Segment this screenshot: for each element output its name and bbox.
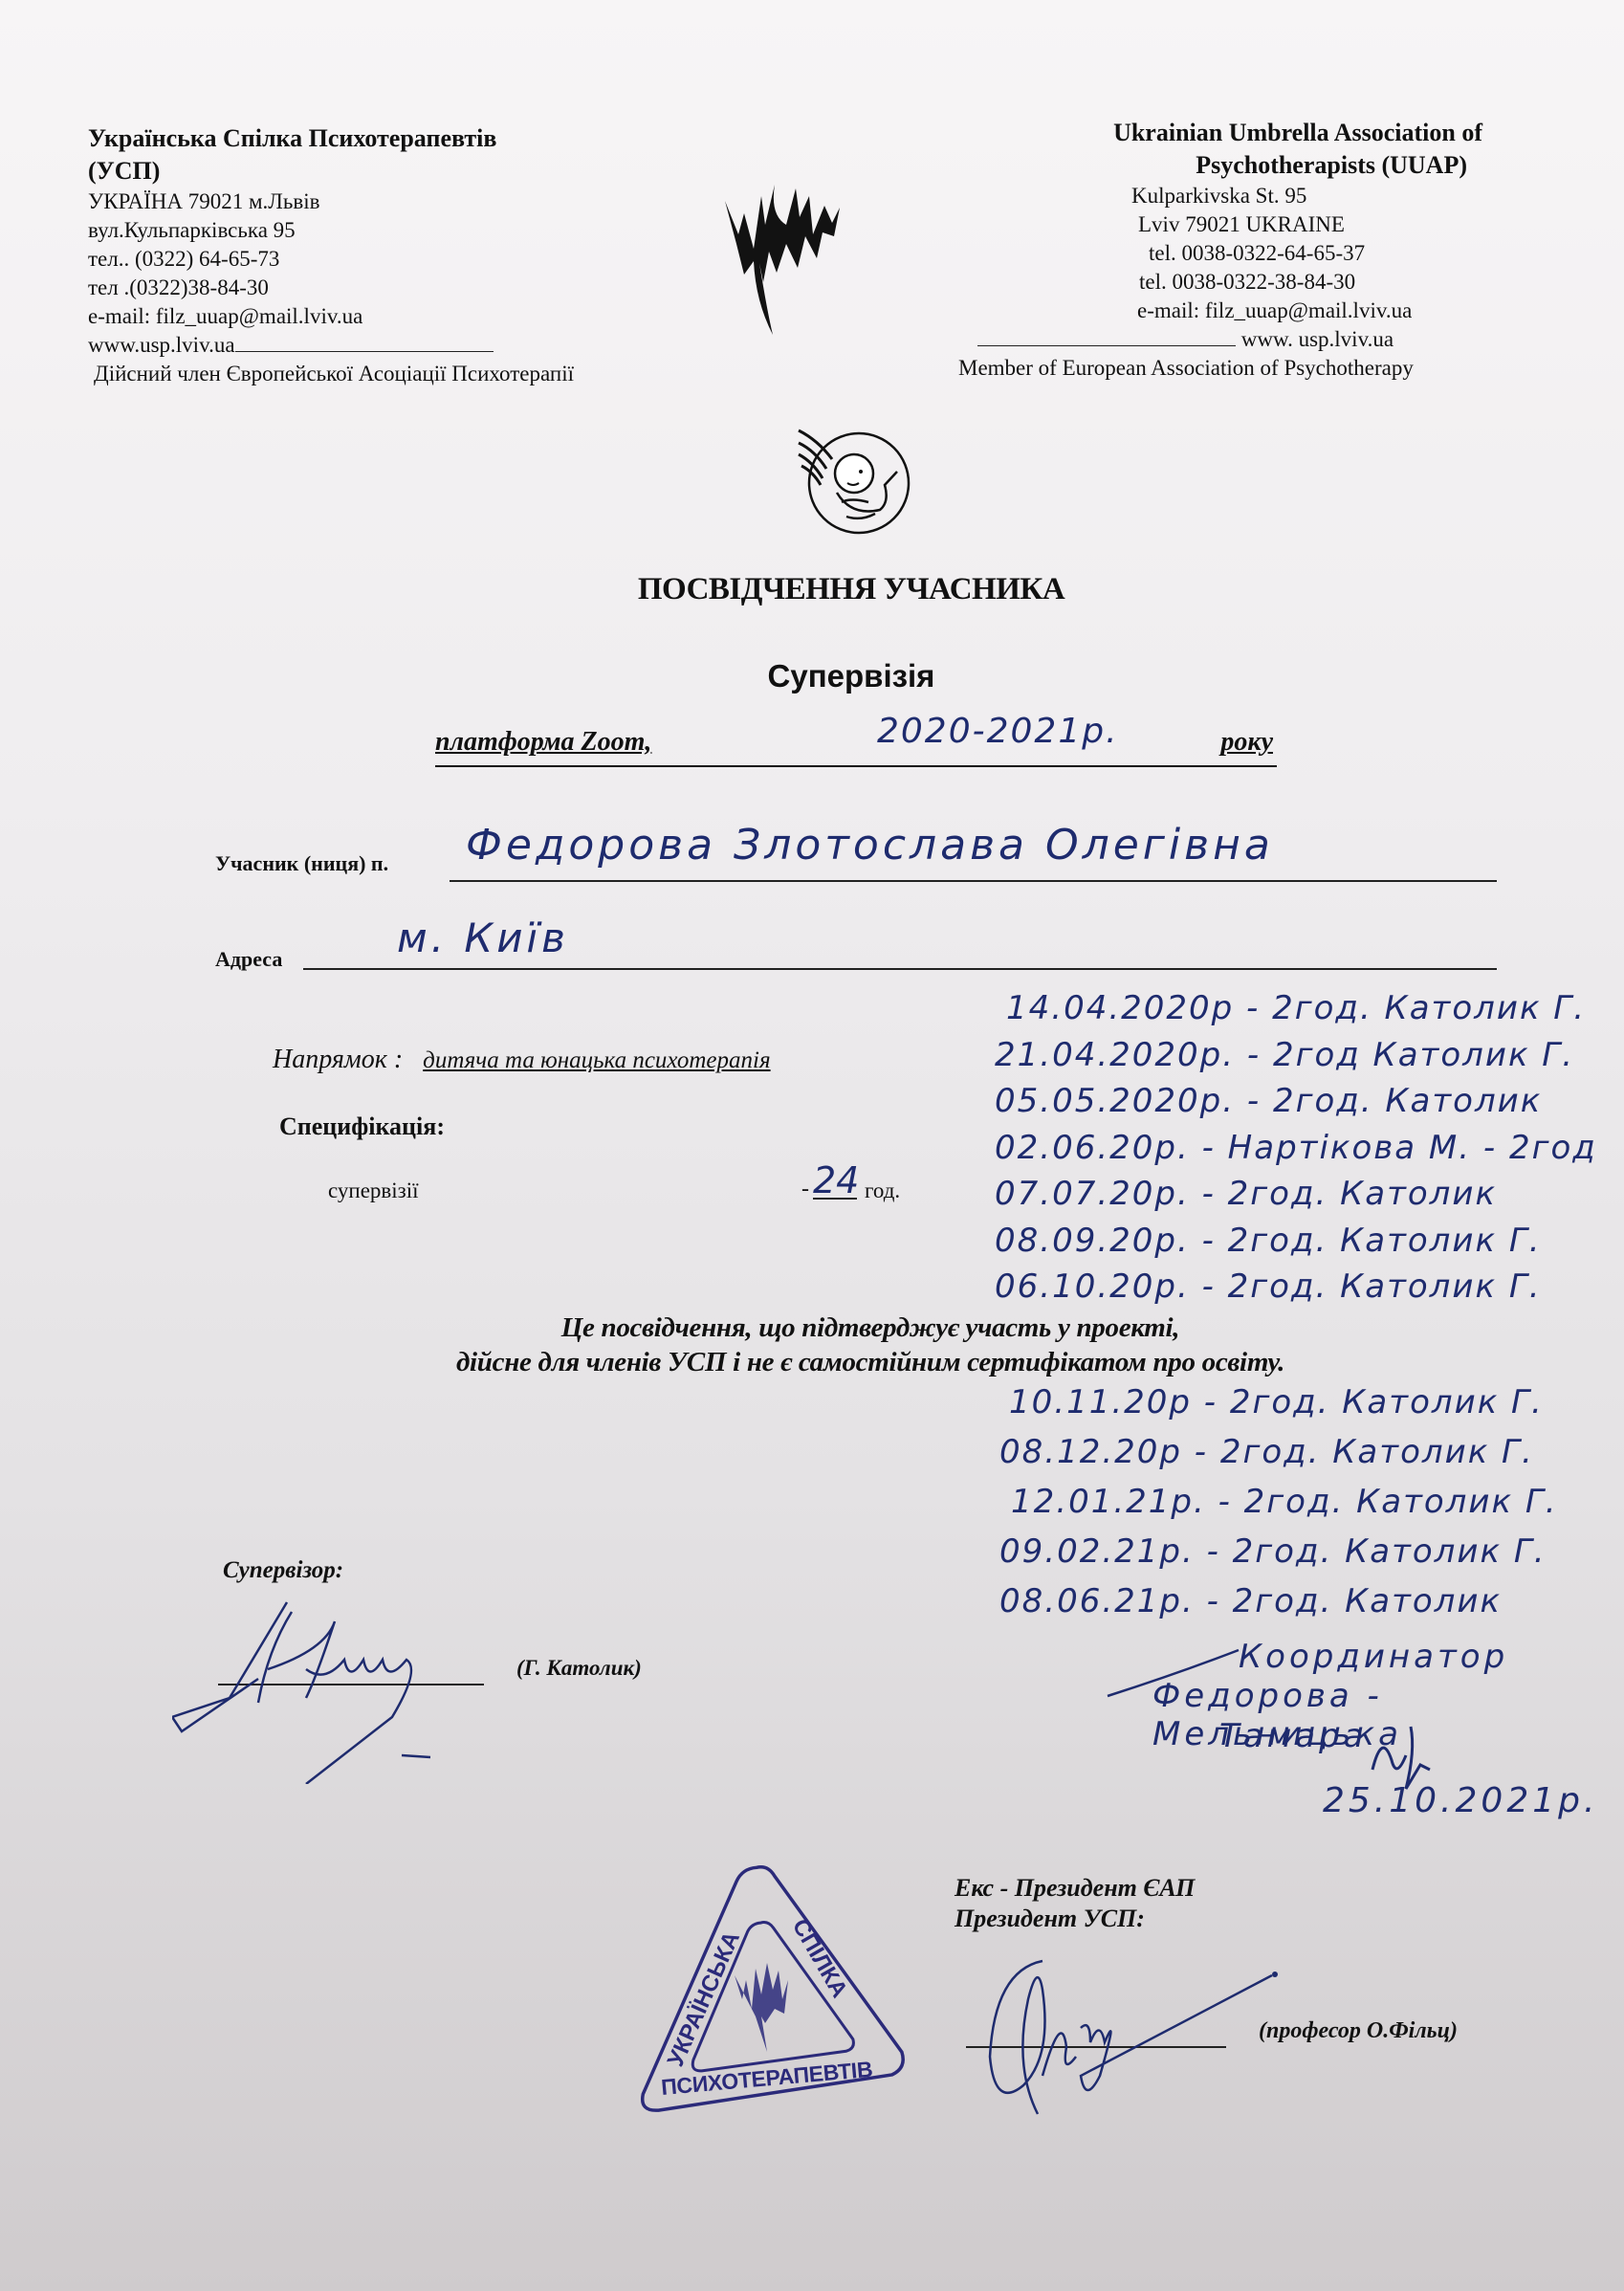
president-name: (професор О.Фільц) [1259,2018,1458,2044]
website-underline [235,351,494,352]
certificate-page: Українська Спілка Психотерапевтів (УСП) … [0,0,1624,2291]
participant-value: Федорова Злотослава Олегівна [466,821,1274,870]
email: e-mail: filz_uuap@mail.lviv.ua [88,302,574,331]
document-title: ПОСВІДЧЕННЯ УЧАСНИКА [0,572,1624,607]
note-line2: дійсне для членів УСП і не є самостійним… [249,1345,1492,1379]
session-entry: 14.04.2020р - 2год. Католик Г. [995,985,1597,1032]
phone2: тел .(0322)38-84-30 [88,274,574,302]
supervision-label: супервізії [328,1179,419,1203]
org-name-en-line2: Psychotherapists (UUAP) [947,149,1482,182]
address-line2-en: Lviv 79021 UKRAINE [947,210,1482,239]
president-title-line1: Екс - Президент ЄАП [955,1873,1195,1904]
year-suffix: року [1220,727,1273,758]
header-right: Ukrainian Umbrella Association of Psycho… [947,117,1482,383]
stamp-left-text: УКРАЇНСЬКА [663,1928,745,2070]
coordinator-date: 25.10.2021р. [1323,1781,1598,1820]
year-value: 2020-2021р. [877,712,1119,751]
direction-value: дитяча та юнацька психотерапія [423,1047,770,1073]
session-entry: 08.09.20р. - 2год. Католик Г. [995,1218,1597,1265]
address-value: м. Київ [397,914,569,961]
platform-label: платформа Zoom, [435,727,651,757]
child-with-wing-logo [794,426,913,536]
specification-label: Специфікація: [279,1112,445,1141]
supervisor-label: Супервізор: [223,1557,343,1584]
hours-row: - 24 год. [801,1169,926,1207]
session-entry: 07.07.20р. - 2год. Католик [995,1171,1597,1218]
session-entry: 08.12.20р - 2год. Католик Г. [999,1427,1558,1477]
president-signature [985,1951,1291,2124]
hours-unit: год. [865,1179,900,1203]
address-row: Адреса м. Київ [215,930,1497,978]
direction-label: Напрямок : [273,1045,403,1074]
membership: Дійсний член Європейської Асоціації Псих… [88,360,574,388]
org-abbr-ua: (УСП) [88,155,574,187]
session-entry: 09.02.21р. - 2год. Католик Г. [999,1527,1558,1576]
email-en: e-mail: filz_uuap@mail.lviv.ua [947,297,1482,325]
address-line2: вул.Кульпарківська 95 [88,216,574,245]
note-line1: Це посвідчення, що підтверджує участь у … [249,1311,1492,1345]
direction-row: Напрямок : дитяча та юнацька психотерапі… [273,1045,771,1075]
president-title-line2: Президент УСП: [955,1904,1195,1934]
document-subtitle: Супервізія [0,658,1624,694]
coordinator-name-line2: Тамара [1219,1717,1368,1755]
session-list-1: 14.04.2020р - 2год. Католик Г. 21.04.202… [995,985,1597,1311]
hours-value: 24 [813,1159,859,1201]
president-title: Екс - Президент ЄАП Президент УСП: [955,1873,1195,1934]
website-row: www.usp.lviv.ua [88,331,574,360]
participant-row: Учасник (ниця) п. Федорова Злотослава Ол… [215,840,1497,888]
address-label: Адреса [215,947,282,972]
address-line1: УКРАЇНА 79021 м.Львів [88,187,574,216]
address-line1-en: Kulparkivska St. 95 [947,182,1482,210]
session-entry: 10.11.20р - 2год. Католик Г. [999,1377,1558,1427]
platform-year-row: платформа Zoom, 2020-2021р. року [435,727,1277,767]
session-entry: 05.05.2020р. - 2год. Католик [995,1078,1597,1125]
certificate-note: Це посвідчення, що підтверджує участь у … [249,1311,1492,1379]
supervisor-name: (Г. Католик) [516,1656,642,1681]
header-left: Українська Спілка Психотерапевтів (УСП) … [88,122,574,388]
org-name-ua: Українська Спілка Психотерапевтів [88,122,574,155]
org-name-en-line1: Ukrainian Umbrella Association of [947,117,1482,149]
phone2-en: tel. 0038-0322-38-84-30 [947,268,1482,297]
participant-label: Учасник (ниця) п. [215,851,388,876]
uusp-monogram-logo [717,167,851,335]
coordinator-title: Координатор [1239,1638,1508,1676]
session-entry: 02.06.20р. - Нартікова М. - 2год [995,1125,1597,1172]
session-list-2: 10.11.20р - 2год. Католик Г. 08.12.20р -… [999,1377,1558,1626]
website-en: www. usp.lviv.ua [1241,327,1394,351]
website: www.usp.lviv.ua [88,333,235,357]
membership-en: Member of European Association of Psycho… [947,354,1482,383]
website-row-en: www. usp.lviv.ua [947,325,1482,354]
website-underline-en [977,345,1236,346]
phone1: тел.. (0322) 64-65-73 [88,245,574,274]
supervisor-signature [172,1593,488,1784]
session-entry: 12.01.21р. - 2год. Католик Г. [999,1477,1558,1527]
session-entry: 08.06.21р. - 2год. Католик [999,1576,1558,1626]
organization-stamp: УКРАЇНСЬКА СПІЛКА ПСИХОТЕРАПЕВТІВ [622,1856,909,2114]
session-entry: 21.04.2020р. - 2год Католик Г. [995,1032,1597,1079]
session-entry: 06.10.20р. - 2год. Католик Г. [995,1264,1597,1311]
phone1-en: tel. 0038-0322-64-65-37 [947,239,1482,268]
